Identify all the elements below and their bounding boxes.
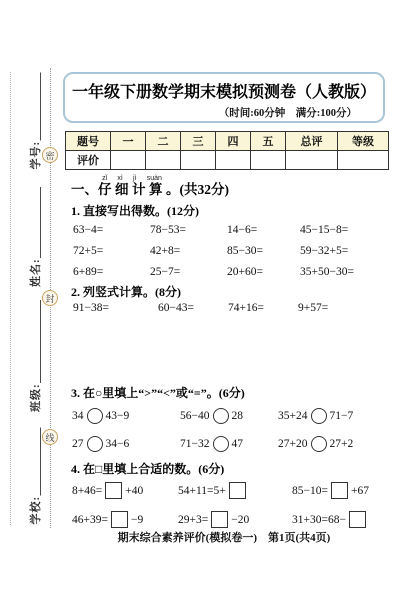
answer-box (229, 482, 246, 499)
seal-stamp-xian: 线 (42, 429, 58, 445)
score-header-cell: 四 (216, 132, 251, 151)
score-table-header-row: 题号 一 二 三 四 五 总评 等级 (66, 132, 389, 151)
comparison-item: 35+24 71−7 (278, 408, 388, 424)
fill-blank-item: 31+30=68− (292, 511, 388, 528)
fill-blank-item: 29+3= −20 (178, 511, 292, 528)
score-header-cell: 等级 (338, 132, 389, 151)
eval-empty-cell (146, 151, 181, 170)
blank-pre: 46+39= (72, 514, 108, 526)
comparison-left: 56−40 (180, 410, 210, 422)
equation: 45−15−8= (300, 224, 388, 236)
school-label: 学校: (28, 496, 44, 525)
fill-blank-item: 54+11=5+ (178, 482, 292, 499)
eval-row-label: 评价 (66, 151, 111, 170)
exam-paper-page: 学号: 姓名: 班级: 学校: 密 封 线 一年级下册数学期末模拟预测卷（人教版… (0, 0, 400, 600)
name-label: 姓名: (28, 258, 44, 287)
score-table: 题号 一 二 三 四 五 总评 等级 评价 (65, 131, 389, 170)
class-field: 班级: (26, 300, 44, 412)
score-header-cell: 题号 (66, 132, 111, 151)
eval-empty-cell (111, 151, 146, 170)
q3-comparison-grid: 34 43−9 56−40 28 35+24 71−7 27 34−6 71−3… (72, 402, 388, 458)
answer-box (105, 482, 122, 499)
q1-equations-grid: 63−4= 78−53= 14−6= 45−15−8= 72+5= 42+8= … (73, 219, 388, 282)
comparison-right: 71−7 (330, 410, 354, 422)
comparison-left: 34 (72, 410, 84, 422)
page-footer: 期末综合素养评价(模拟卷一) 第1页(共4页) (63, 529, 385, 545)
q4-heading: 4. 在□里填上合适的数。(6分) (71, 460, 224, 477)
comparison-right: 28 (232, 410, 244, 422)
score-header-cell: 二 (146, 132, 181, 151)
class-label: 班级: (28, 383, 44, 412)
equation: 25−7= (150, 266, 227, 278)
school-blank-line (40, 428, 41, 496)
equation: 91−38= (73, 302, 158, 314)
blank-pre: 8+46= (72, 485, 102, 497)
blank-post: +40 (125, 485, 143, 497)
eval-empty-cell (181, 151, 216, 170)
comparison-right: 34−6 (106, 438, 130, 450)
equation: 42+8= (150, 245, 227, 257)
student-id-blank-line (40, 73, 41, 141)
comparison-right: 27+2 (330, 438, 354, 450)
comparison-item: 34 43−9 (72, 408, 180, 424)
paper-title: 一年级下册数学期末模拟预测卷（人教版） (65, 79, 383, 102)
comparison-circle (87, 436, 103, 452)
fill-blank-item: 85−10= +67 (292, 482, 388, 499)
equation: 14−6= (227, 224, 300, 236)
section-title: 仔细计算 (98, 182, 166, 197)
score-header-cell: 三 (181, 132, 216, 151)
equation: 72+5= (73, 245, 150, 257)
comparison-circle (311, 436, 327, 452)
paper-subtitle: （时间:60分钟 满分:100分） (219, 105, 357, 120)
section-title-with-pinyin: 仔细计算zǐ xì jì suàn (98, 175, 166, 198)
equation: 20+60= (227, 266, 300, 278)
section-1-heading: 一、仔细计算zǐ xì jì suàn。(共32分) (71, 175, 229, 198)
name-blank-line (40, 187, 41, 258)
equation: 60−43= (158, 302, 228, 314)
comparison-right: 47 (232, 438, 244, 450)
blank-pre: 54+11=5+ (178, 485, 226, 497)
class-blank-line (40, 300, 41, 383)
blank-pre: 31+30=68− (292, 514, 346, 526)
comparison-circle (213, 436, 229, 452)
fill-blank-item: 46+39= −9 (72, 511, 178, 528)
equation: 59−32+5= (300, 245, 388, 257)
equation: 74+16= (228, 302, 298, 314)
q4-fill-blank-grid: 8+46= +40 54+11=5+ 85−10= +67 46+39= −9 … (72, 476, 388, 534)
comparison-circle (311, 408, 327, 424)
seal-stamp-feng: 封 (42, 290, 58, 306)
comparison-left: 27+20 (278, 438, 308, 450)
q1-heading: 1. 直接写出得数。(12分) (71, 202, 199, 219)
blank-post: +67 (351, 485, 369, 497)
comparison-item: 27 34−6 (72, 436, 180, 452)
comparison-item: 71−32 47 (180, 436, 278, 452)
eval-empty-cell (286, 151, 338, 170)
comparison-circle (87, 408, 103, 424)
comparison-left: 35+24 (278, 410, 308, 422)
comparison-left: 27 (72, 438, 84, 450)
equation: 9+57= (298, 302, 388, 314)
equation: 35+50−30= (300, 266, 388, 278)
answer-box (211, 511, 228, 528)
blank-pre: 29+3= (178, 514, 208, 526)
eval-empty-cell (338, 151, 389, 170)
school-field: 学校: (26, 428, 44, 525)
comparison-left: 71−32 (180, 438, 210, 450)
comparison-circle (213, 408, 229, 424)
blank-post: −9 (131, 514, 143, 526)
equation: 63−4= (73, 224, 150, 236)
q3-heading: 3. 在○里填上“>”“<”或“=”。(6分) (71, 384, 245, 401)
section-title-pinyin: zǐ xì jì suàn (98, 175, 166, 182)
answer-box (331, 482, 348, 499)
fill-blank-item: 8+46= +40 (72, 482, 178, 499)
section-points: 。(共32分) (166, 178, 229, 198)
title-box: 一年级下册数学期末模拟预测卷（人教版） （时间:60分钟 满分:100分） (63, 72, 385, 123)
score-header-cell: 总评 (286, 132, 338, 151)
comparison-item: 56−40 28 (180, 408, 278, 424)
section-number: 一、 (71, 178, 98, 198)
seal-stamp-mi: 密 (42, 147, 58, 163)
q2-equations-row: 91−38= 60−43= 74+16= 9+57= (73, 302, 388, 314)
eval-empty-cell (216, 151, 251, 170)
score-table-eval-row: 评价 (66, 151, 389, 170)
equation: 6+89= (73, 266, 150, 278)
blank-pre: 85−10= (292, 485, 328, 497)
answer-box (349, 511, 366, 528)
score-header-cell: 一 (111, 132, 146, 151)
blank-post: −20 (231, 514, 249, 526)
comparison-right: 43−9 (106, 410, 130, 422)
score-header-cell: 五 (251, 132, 286, 151)
name-field: 姓名: (26, 187, 44, 287)
equation: 78−53= (150, 224, 227, 236)
equation: 85−30= (227, 245, 300, 257)
comparison-item: 27+20 27+2 (278, 436, 388, 452)
answer-box (111, 511, 128, 528)
eval-empty-cell (251, 151, 286, 170)
q2-heading: 2. 列竖式计算。(8分) (71, 283, 181, 300)
page-edge-dotted-line (10, 72, 11, 525)
